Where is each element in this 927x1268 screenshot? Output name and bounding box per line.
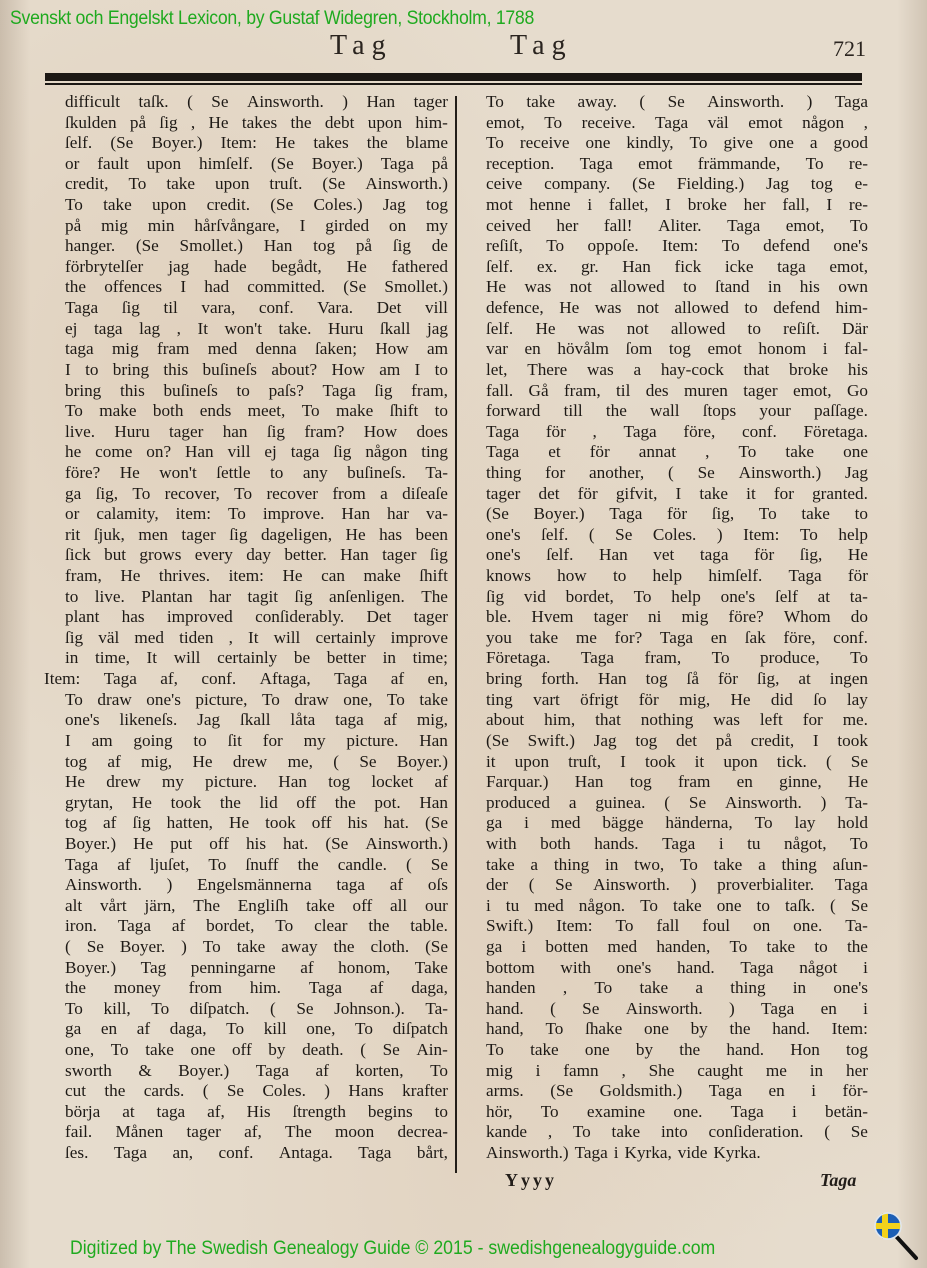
- text-line: ſes.Tagaan,conf.Antaga.Tagabårt,: [65, 1143, 448, 1164]
- text-line: Itobringthisbuſineſsabout?HowamIto: [65, 360, 448, 381]
- running-head-right: Tag: [510, 30, 573, 62]
- text-line: påmigminhårſvångare,Igirdedonmy: [65, 216, 448, 237]
- text-line: gaimedbäggehänderna,Tolayhold: [486, 813, 868, 834]
- text-line: ejtagalag,Itwon'ttake.Huruſkalljag: [65, 319, 448, 340]
- text-line: producedaguinea.(SeAinsworth.)Ta-: [486, 793, 868, 814]
- text-line: iron.Tagaafbordet,Toclearthetable.: [65, 916, 448, 937]
- text-line: Tagaſigtilvara,conf.Vara.Detvill: [65, 298, 448, 319]
- text-line: theoffencesIhadcommitted.(SeSmollet.): [65, 277, 448, 298]
- text-line: börjaattagaaf,Hisſtrengthbeginsto: [65, 1102, 448, 1123]
- text-line: withbothhands.Tagaitunågot,To: [486, 834, 868, 855]
- text-line: orcalamity,item:Toimprove.Hanharva-: [65, 504, 448, 525]
- text-line: ſelf.Hewasnotallowedtoreſiſt.Där: [486, 319, 868, 340]
- text-line: förbrytelſerjaghadebegådt,Hefathered: [65, 257, 448, 278]
- text-line: emot,Toreceive.Tagavälemotnågon,: [486, 113, 868, 134]
- text-line: themoneyfromhim.Tagaafdaga,: [65, 978, 448, 999]
- text-line: hör,Toexamineone.Tagaibetän-: [486, 1102, 868, 1123]
- text-line: tagamigframmeddennaſaken;Howam: [65, 339, 448, 360]
- text-line: one,Totakeoneoffbydeath.(SeAin-: [65, 1040, 448, 1061]
- text-line: orfaultuponhimſelf.(SeBoyer.)Tagapå: [65, 154, 448, 175]
- text-line: fall.Gåfram,tildesmurentageremot,Go: [486, 381, 868, 402]
- text-line: Tagaetförannat,Totakeone: [486, 442, 868, 463]
- text-line: migifamn,Shecaughtmeinher: [486, 1061, 868, 1082]
- text-line: difficulttaſk.(SeAinsworth.)Hantager: [65, 92, 448, 113]
- text-line: Swift.)Item:Tofallfoulonone.Ta-: [486, 916, 868, 937]
- watermark-title: Svenskt och Engelskt Lexicon, by Gustaf …: [10, 8, 534, 30]
- text-line: gaenafdaga,Tokillone,Todiſpatch: [65, 1019, 448, 1040]
- text-line: Ainsworth.)Engelsmännernatagaafoſs: [65, 875, 448, 896]
- text-line: (SeBoyer.)Tagaförſig,Totaketo: [486, 504, 868, 525]
- text-line: ceivedherfall!Aliter.Tagaemot,To: [486, 216, 868, 237]
- text-line: togafſighatten,Hetookoffhishat.(Se: [65, 813, 448, 834]
- text-line: Tagaför,Tagaföre,conf.Företaga.: [486, 422, 868, 443]
- text-line: Farquar.)Hantogframenginne,He: [486, 772, 868, 793]
- text-line: reception.Tagaemotfrämmande,Tore-: [486, 154, 868, 175]
- text-line: ſelf.ex.gr.Hanfickicketagaemot,: [486, 257, 868, 278]
- text-line: Ainsworth.)TagaiKyrka,videKyrka.: [486, 1143, 868, 1164]
- text-line: Företaga.Tagafram,Toproduce,To: [486, 648, 868, 669]
- text-line: bringforth.Hantogſåförſig,atingen: [486, 669, 868, 690]
- text-line: bottomwithone'shand.Taganågoti: [486, 958, 868, 979]
- text-line: takeathingintwo,Totakeathingaſun-: [486, 855, 868, 876]
- text-line: ſkuldenpåſig,Hetakesthedebtuponhim-: [65, 113, 448, 134]
- running-head: Tag Tag 721: [0, 30, 927, 64]
- text-line: one'slikeneſs.Jagſkalllåtatagaafmig,: [65, 710, 448, 731]
- text-line: one'sſelf.Hanvettagaförſig,He: [486, 545, 868, 566]
- text-line: itumednågon.Totakeonetotaſk.(Se: [486, 896, 868, 917]
- text-line: forwardtillthewallſtopsyourpaſſage.: [486, 401, 868, 422]
- text-line: let,Therewasahay-cockthatbrokehis: [486, 360, 868, 381]
- text-line: abouthim,thatnothingwasleftforme.: [486, 710, 868, 731]
- text-line: youtakemefor?Tagaenſakföre,conf.: [486, 628, 868, 649]
- text-line: fail.Månentageraf,Themoondecrea-: [65, 1122, 448, 1143]
- text-line: planthasimprovedconſiderably.Dettager: [65, 607, 448, 628]
- text-line: bringthisbuſineſstopaſs?Tagaſigfram,: [65, 381, 448, 402]
- text-line: togafmig,Hedrewme,(SeBoyer.): [65, 752, 448, 773]
- text-line: ſigvidbordet,Tohelpone'sſelfatta-: [486, 587, 868, 608]
- text-line: hand.(SeAinsworth.)Tagaeni: [486, 999, 868, 1020]
- header-rule: [45, 73, 862, 81]
- text-line: handen,Totakeathinginone's: [486, 978, 868, 999]
- text-line: credit,Totakeupontruſt.(SeAinsworth.): [65, 174, 448, 195]
- signature-mark: Yyyy: [505, 1170, 557, 1191]
- text-line: reſiſt,Tooppoſe.Item:Todefendone's: [486, 236, 868, 257]
- text-line: one'sſelf.(SeColes.)Item:Tohelp: [486, 525, 868, 546]
- text-line: ble.Hvemtagernimigföre?Whomdo: [486, 607, 868, 628]
- text-line: altvårtjärn,TheEngliſhtakeoffallour: [65, 896, 448, 917]
- column-divider: [455, 96, 457, 1173]
- text-line: mothenneifallet,Ibrokeherfall,Ire-: [486, 195, 868, 216]
- text-line: hand,Toſhakeonebythehand.Item:: [486, 1019, 868, 1040]
- text-line: Totakeaway.(SeAinsworth.)Taga: [486, 92, 868, 113]
- text-line: kande,Totakeintoconſideration.(Se: [486, 1122, 868, 1143]
- text-line: tingvartöfrigtförmig,Hedidſolay: [486, 690, 868, 711]
- text-line: ſickbutgrowseverydaybetter.Hantagerſig: [65, 545, 448, 566]
- text-line: hanger.(SeSmollet.)Hantogpåſigde: [65, 236, 448, 257]
- catchword: Taga: [820, 1170, 856, 1191]
- text-line: hecomeon?Hanvillejtagaſignågonting: [65, 442, 448, 463]
- text-line: Hewasnotallowedtoſtandinhisown: [486, 277, 868, 298]
- text-line: fram,Hethrives.item:Hecanmakeſhift: [65, 566, 448, 587]
- text-line: grytan,Hetookthelidoffthepot.Han: [65, 793, 448, 814]
- text-line: Iamgoingtoſitformypicture.Han: [65, 731, 448, 752]
- text-line: Totakeonebythehand.Hontog: [486, 1040, 868, 1061]
- text-line: gaſig,Torecover,Torecoverfromadiſeaſe: [65, 484, 448, 505]
- text-line: intime,Itwillcertainlybebetterintime;: [65, 648, 448, 669]
- watermark-credit: Digitized by The Swedish Genealogy Guide…: [70, 1238, 715, 1260]
- text-line: defence,Hewasnotallowedtodefendhim-: [486, 298, 868, 319]
- header-rule-thin: [45, 83, 862, 85]
- text-line: före?Hewon'tſettletoanybuſineſs.Ta-: [65, 463, 448, 484]
- text-line: der(SeAinsworth.)proverbialiter.Taga: [486, 875, 868, 896]
- text-line: ſigvälmedtiden,Itwillcertainlyimprove: [65, 628, 448, 649]
- text-line: Todrawone'spicture,Todrawone,Totake: [65, 690, 448, 711]
- text-line: (SeSwift.)Jagtogdetpåcredit,Itook: [486, 731, 868, 752]
- right-column: Totakeaway.(SeAinsworth.)Tagaemot,Torece…: [486, 92, 868, 1164]
- page-number: 721: [833, 36, 866, 62]
- text-line: thingforanother,(SeAinsworth.)Jag: [486, 463, 868, 484]
- text-line: tagerdetförgifvit,Itakeitforgranted.: [486, 484, 868, 505]
- text-line: Tokill,Todiſpatch.(SeJohnson.).Ta-: [65, 999, 448, 1020]
- running-head-left: Tag: [330, 30, 393, 62]
- text-line: sworth&Boyer.)Tagaafkorten,To: [65, 1061, 448, 1082]
- text-line: ceivecompany.(SeFielding.)Jagtoge-: [486, 174, 868, 195]
- text-line: Item:Tagaaf,conf.Aftaga,Tagaafen,: [44, 669, 448, 690]
- text-line: Toreceiveonekindly,Togiveoneagood: [486, 133, 868, 154]
- text-line: Totakeuponcredit.(SeColes.)Jagtog: [65, 195, 448, 216]
- text-line: Tagaafljuſet,Toſnuffthecandle.(Se: [65, 855, 448, 876]
- text-line: itupontruſt,Itookitupontick.(Se: [486, 752, 868, 773]
- swedish-flag-magnifier-icon: [872, 1212, 924, 1264]
- text-line: Boyer.)Tagpenningarneafhonom,Take: [65, 958, 448, 979]
- text-line: ritſjuk,mentagerſigdageligen,Hehasbeen: [65, 525, 448, 546]
- text-line: arms.(SeGoldsmith.)Tagaeniför-: [486, 1081, 868, 1102]
- text-line: ſelf.(SeBoyer.)Item:Hetakestheblame: [65, 133, 448, 154]
- text-line: gaibottenmedhanden,Totaketothe: [486, 937, 868, 958]
- text-line: Tomakebothendsmeet,Tomakeſhiftto: [65, 401, 448, 422]
- text-line: cutthecards.(SeColes.)Hanskrafter: [65, 1081, 448, 1102]
- text-line: varenhövålmſomtogemothonomifal-: [486, 339, 868, 360]
- text-line: live.Hurutagerhanſigfram?Howdoes: [65, 422, 448, 443]
- left-column: difficulttaſk.(SeAinsworth.)Hantagerſkul…: [65, 92, 448, 1164]
- text-line: Boyer.)Heputoffhishat.(SeAinsworth.): [65, 834, 448, 855]
- text-line: Hedrewmypicture.Hantoglocketaf: [65, 772, 448, 793]
- text-line: (SeBoyer.)Totakeawaythecloth.(Se: [65, 937, 448, 958]
- text-line: knowshowtohelphimſelf.Tagaför: [486, 566, 868, 587]
- text-line: tolive.Plantanhartagitſiganſenligen.The: [65, 587, 448, 608]
